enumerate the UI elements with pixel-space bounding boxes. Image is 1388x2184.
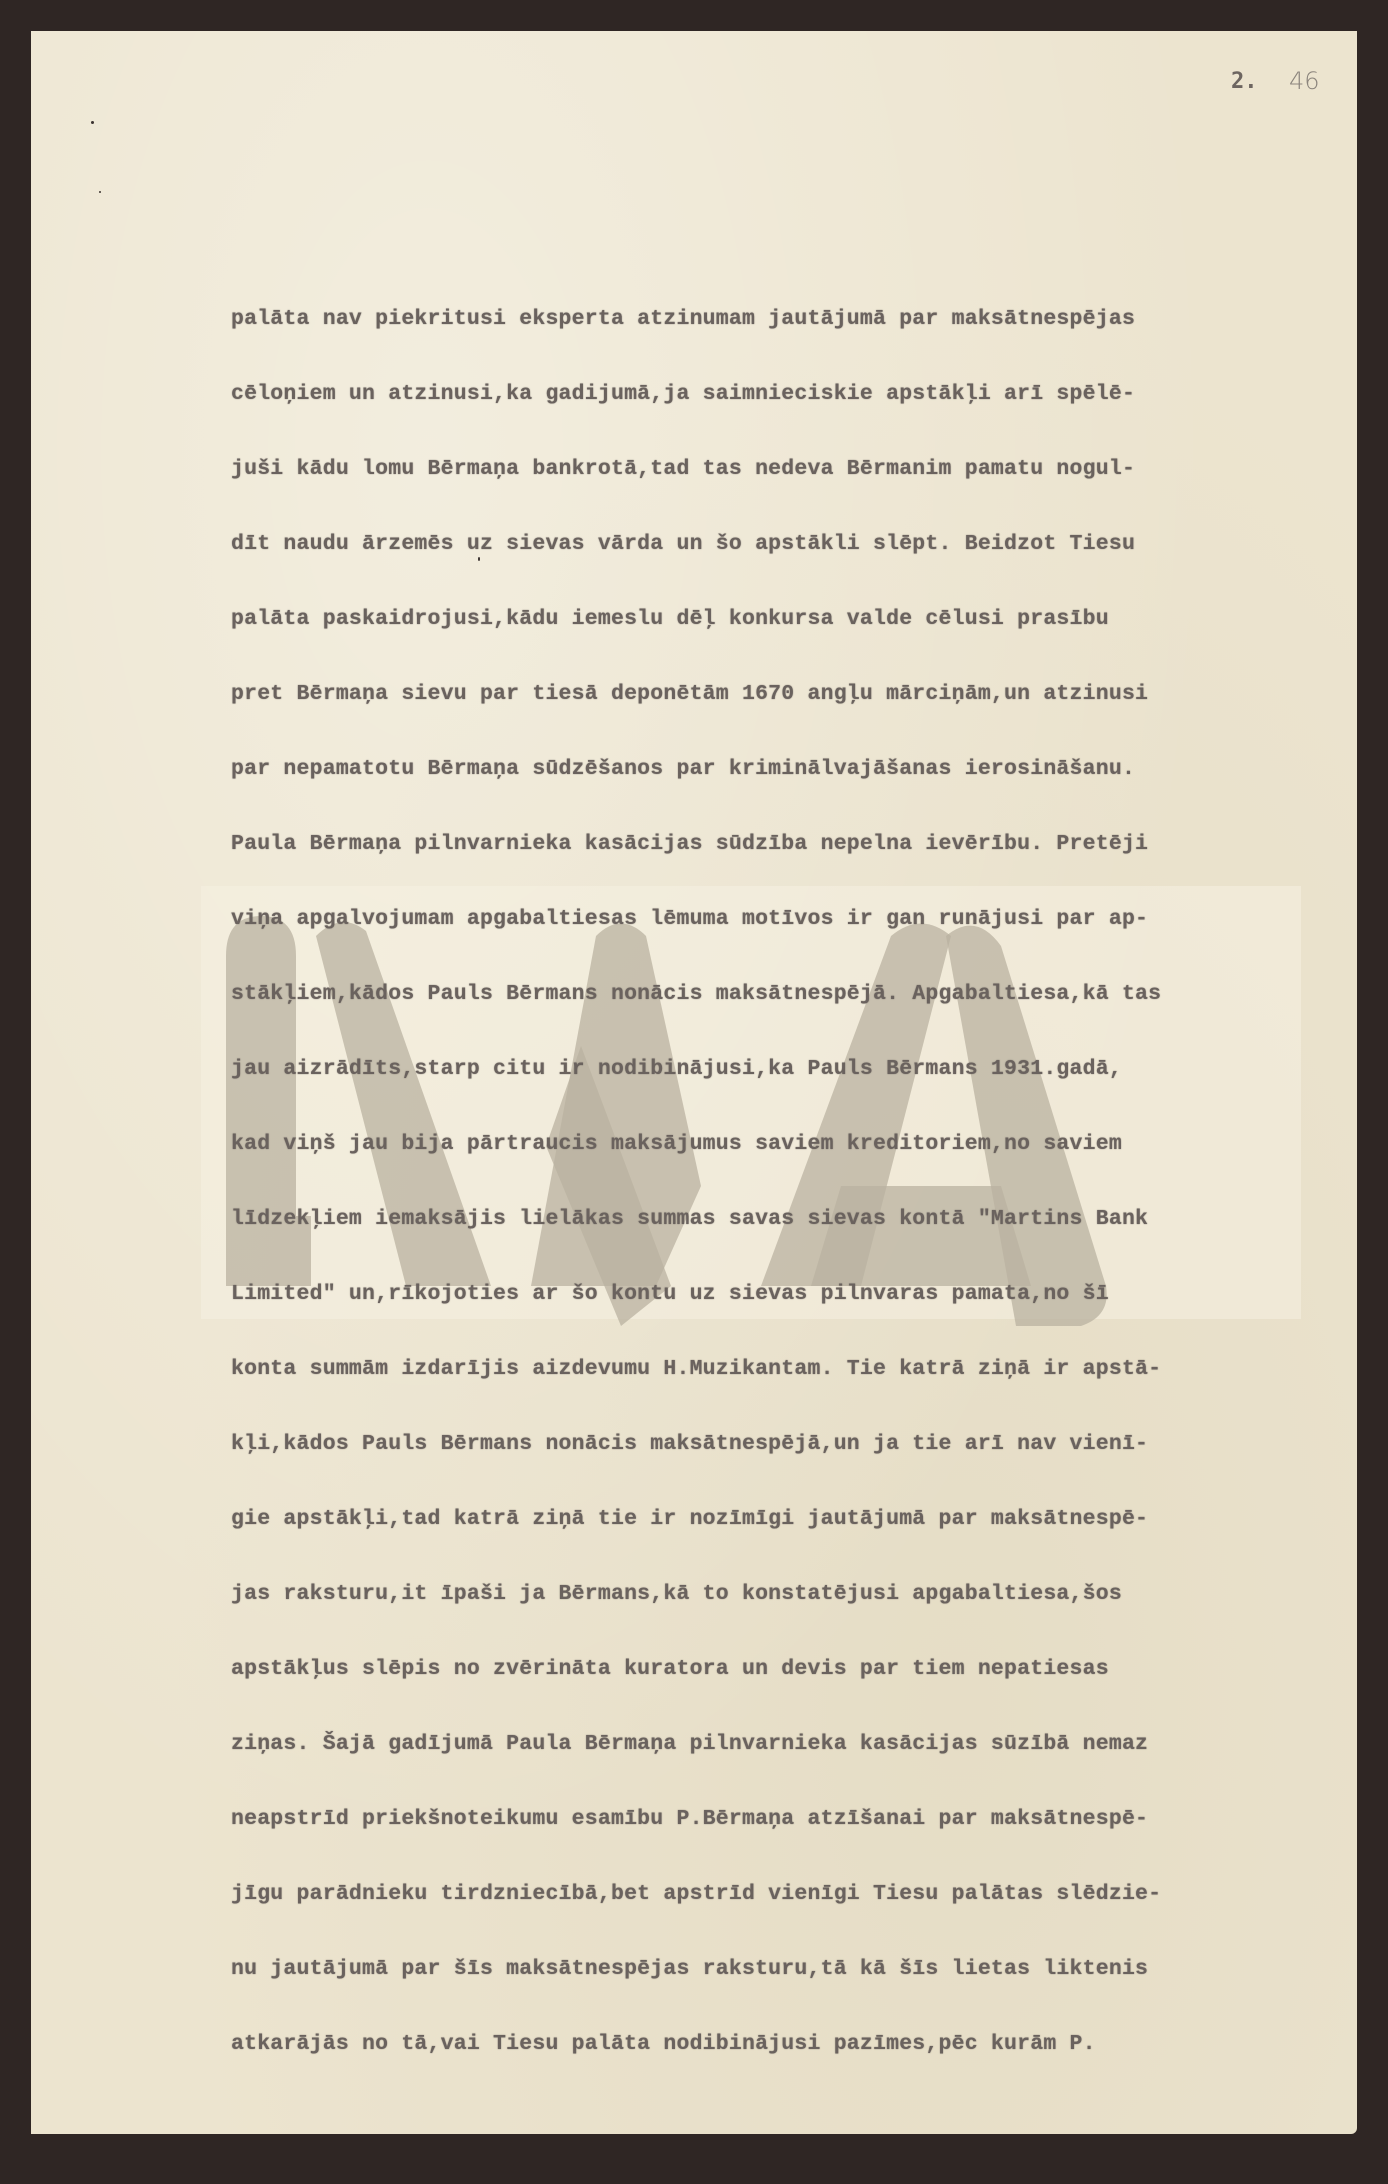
text-line: kļi,kādos Pauls Bērmans nonācis maksātne… — [231, 1424, 1341, 1499]
text-line: jīgu parādnieku tirdzniecībā,bet apstrīd… — [231, 1874, 1341, 1949]
text-line: pret Bērmaņa sievu par tiesā deponētām 1… — [231, 674, 1341, 749]
text-line: atkarājās no tā,vai Tiesu palāta nodibin… — [231, 2024, 1341, 2099]
text-line: nu jautājumā par šīs maksātnespējas raks… — [231, 1949, 1341, 2024]
paper-speck — [91, 121, 94, 124]
text-line: līdzekļiem iemaksājis lielākas summas sa… — [231, 1199, 1341, 1274]
text-line: neapstrīd priekšnoteikumu esamību P.Bērm… — [231, 1799, 1341, 1874]
paper-speck — [99, 191, 101, 193]
typewritten-body: palāta nav piekritusi eksperta atzinumam… — [231, 299, 1341, 2099]
text-line: dīt naudu ārzemēs uz sievas vārda un šo … — [231, 524, 1341, 599]
text-line: jau aizrādīts,starp citu ir nodibinājusi… — [231, 1049, 1341, 1124]
text-line: ziņas. Šajā gadījumā Paula Bērmaņa pilnv… — [231, 1724, 1341, 1799]
text-line: apstākļus slēpis no zvērināta kuratora u… — [231, 1649, 1341, 1724]
text-line: Paula Bērmaņa pilnvarnieka kasācijas sūd… — [231, 824, 1341, 899]
text-line: par nepamatotu Bērmaņa sūdzēšanos par kr… — [231, 749, 1341, 824]
scan-frame: 2. 46 palāta nav piekritusi eksperta atz… — [0, 0, 1388, 2184]
text-line: jas raksturu,it īpaši ja Bērmans,kā to k… — [231, 1574, 1341, 1649]
text-line: kad viņš jau bija pārtraucis maksājumus … — [231, 1124, 1341, 1199]
text-line: cēloņiem un atzinusi,ka gadijumā,ja saim… — [231, 374, 1341, 449]
text-line: gie apstākļi,tad katrā ziņā tie ir nozīm… — [231, 1499, 1341, 1574]
archive-page-number: 46 — [1289, 67, 1320, 95]
text-line: Limited" un,rīkojoties ar šo kontu uz si… — [231, 1274, 1341, 1349]
text-line: palāta paskaidrojusi,kādu iemeslu dēļ ko… — [231, 599, 1341, 674]
text-line: konta summām izdarījis aizdevumu H.Muzik… — [231, 1349, 1341, 1424]
page-marker: 2. — [1231, 69, 1258, 94]
text-line: palāta nav piekritusi eksperta atzinumam… — [231, 299, 1341, 374]
text-line: viņa apgalvojumam apgabaltiesas lēmuma m… — [231, 899, 1341, 974]
document-page: 2. 46 palāta nav piekritusi eksperta atz… — [31, 31, 1357, 2134]
text-line: stākļiem,kādos Pauls Bērmans nonācis mak… — [231, 974, 1341, 1049]
text-line: juši kādu lomu Bērmaņa bankrotā,tad tas … — [231, 449, 1341, 524]
